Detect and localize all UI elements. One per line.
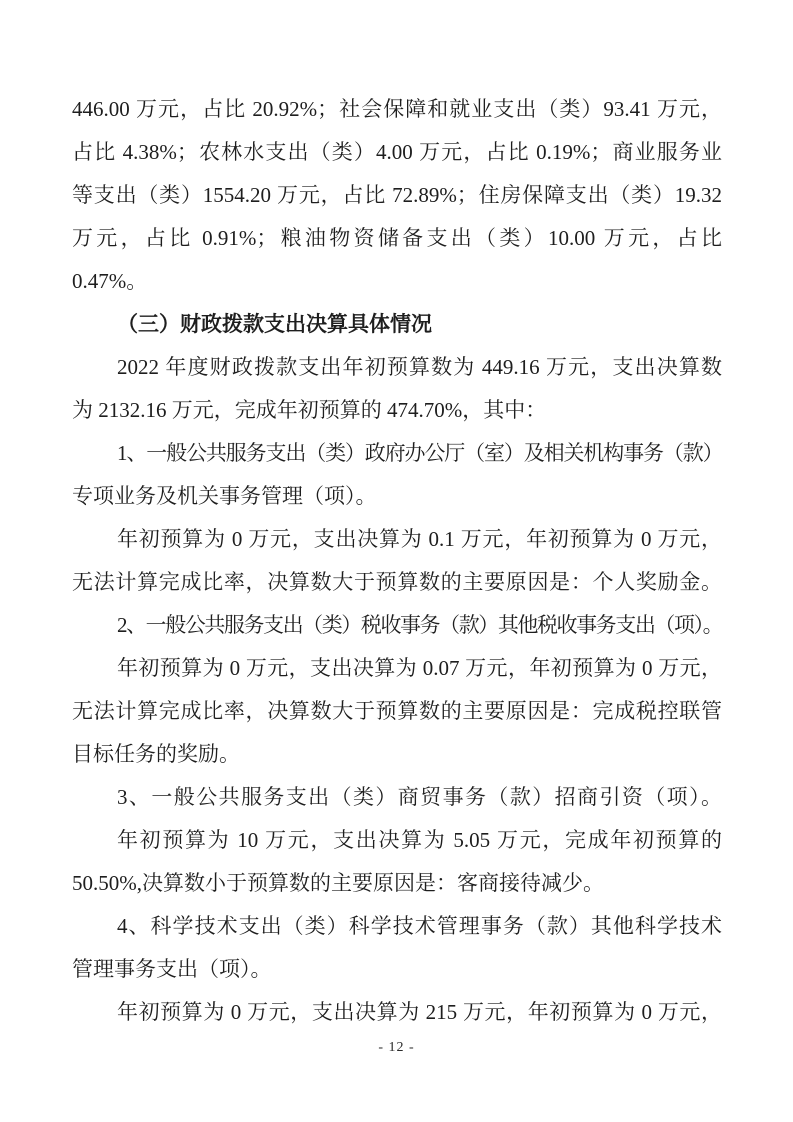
doc-line: 446.00 万元，占比 20.92%；社会保障和就业支出（类）93.41 万元… [72, 88, 722, 131]
doc-line: 目标任务的奖励。 [72, 733, 722, 776]
doc-line: 年初预算为 0 万元，支出决算为 215 万元，年初预算为 0 万元， [72, 991, 722, 1034]
doc-line: 无法计算完成比率，决算数大于预算数的主要原因是：完成税控联管 [72, 690, 722, 733]
document-page: 446.00 万元，占比 20.92%；社会保障和就业支出（类）93.41 万元… [0, 0, 793, 1122]
doc-line: 1、一般公共服务支出（类）政府办公厅（室）及相关机构事务（款） [72, 432, 722, 475]
doc-line: 0.47%。 [72, 260, 722, 303]
doc-line: 无法计算完成比率，决算数大于预算数的主要原因是：个人奖励金。 [72, 561, 722, 604]
doc-line: 3、一般公共服务支出（类）商贸事务（款）招商引资（项）。 [72, 776, 722, 819]
doc-line: 管理事务支出（项）。 [72, 948, 722, 991]
doc-line: 年初预算为 0 万元，支出决算为 0.1 万元，年初预算为 0 万元， [72, 518, 722, 561]
page-number: - 12 - [0, 1037, 793, 1059]
doc-line: 专项业务及机关事务管理（项）。 [72, 475, 722, 518]
doc-line: 等支出（类）1554.20 万元，占比 72.89%；住房保障支出（类）19.3… [72, 174, 722, 217]
document-body: 446.00 万元，占比 20.92%；社会保障和就业支出（类）93.41 万元… [72, 88, 722, 1034]
doc-line: 占比 4.38%；农林水支出（类）4.00 万元，占比 0.19%；商业服务业 [72, 131, 722, 174]
doc-line: 50.50%,决算数小于预算数的主要原因是：客商接待减少。 [72, 862, 722, 905]
doc-line: 为 2132.16 万元，完成年初预算的 474.70%，其中： [72, 389, 722, 432]
doc-line: 2、一般公共服务支出（类）税收事务（款）其他税收事务支出（项）。 [72, 604, 722, 647]
doc-line: 年初预算为 0 万元，支出决算为 0.07 万元，年初预算为 0 万元， [72, 647, 722, 690]
doc-line: 2022 年度财政拨款支出年初预算数为 449.16 万元，支出决算数 [72, 346, 722, 389]
section-heading: （三）财政拨款支出决算具体情况 [72, 303, 722, 346]
doc-line: 4、科学技术支出（类）科学技术管理事务（款）其他科学技术 [72, 905, 722, 948]
doc-line: 万元，占比 0.91%；粮油物资储备支出（类）10.00 万元，占比 [72, 217, 722, 260]
doc-line: 年初预算为 10 万元，支出决算为 5.05 万元，完成年初预算的 [72, 819, 722, 862]
